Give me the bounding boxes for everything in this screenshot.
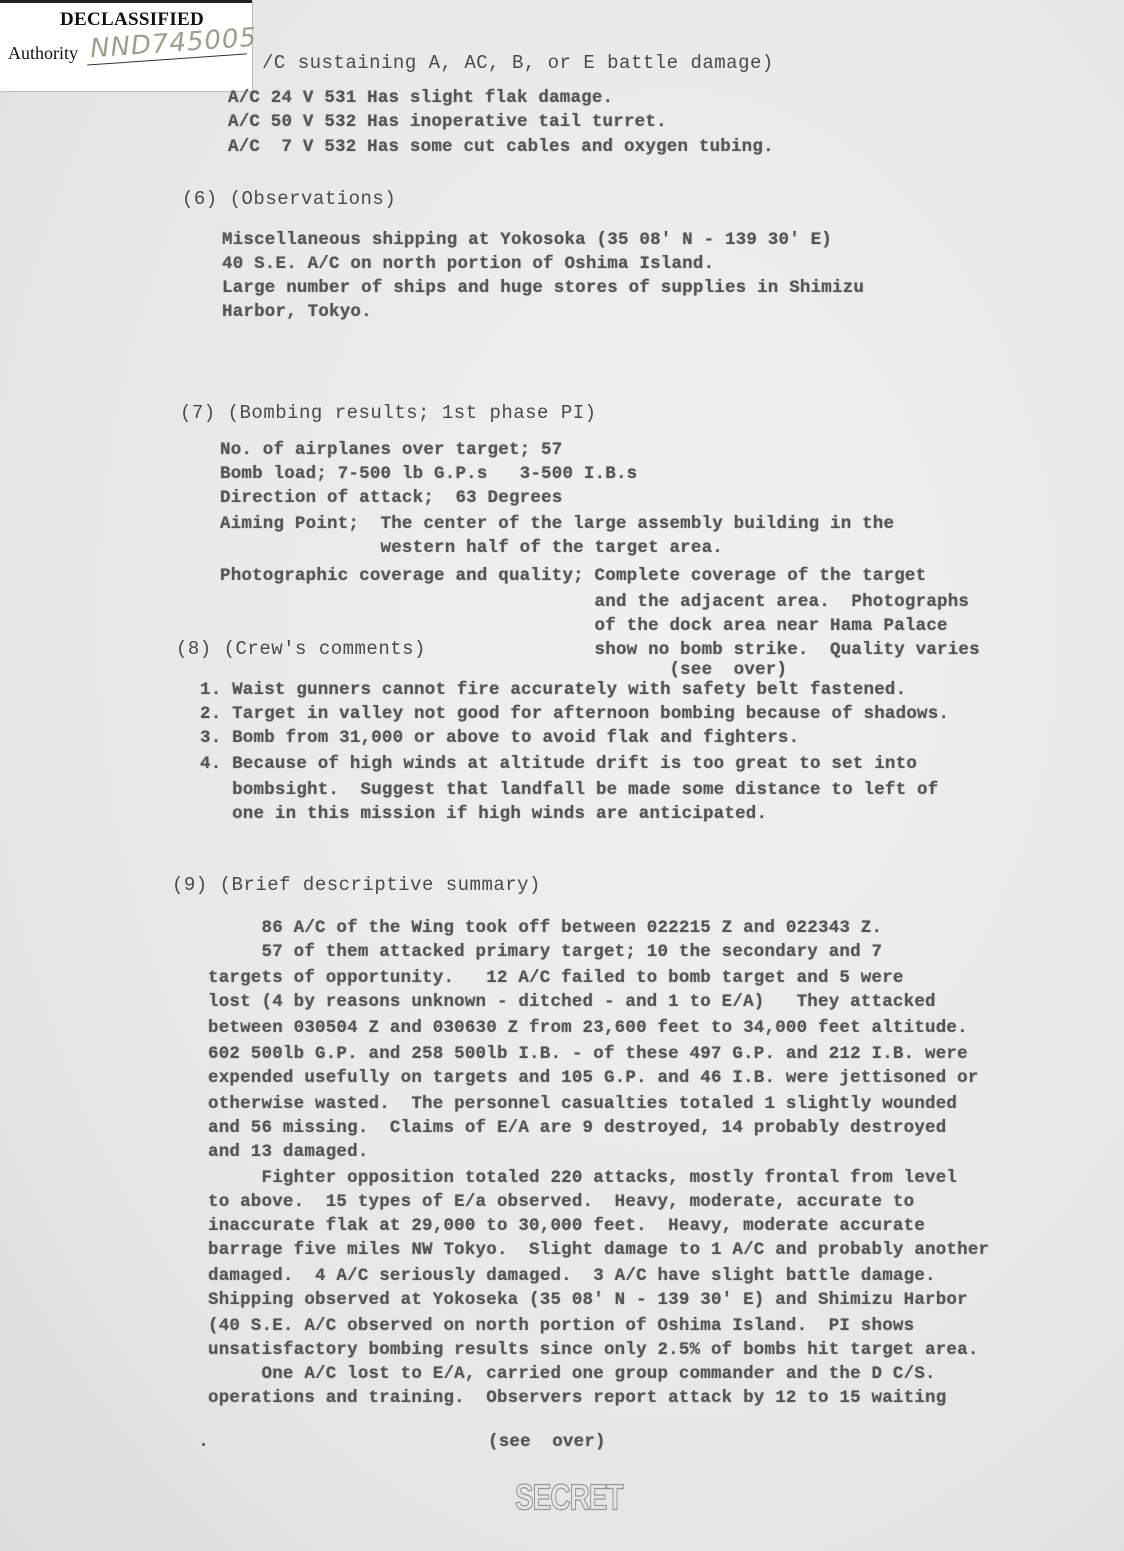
result-line: No. of airplanes over target; 57	[220, 440, 562, 460]
result-line: Photographic coverage and quality; Compl…	[220, 566, 926, 586]
comment-line: 3. Bomb from 31,000 or above to avoid fl…	[200, 728, 799, 748]
summary-line: to above. 15 types of E/a observed. Heav…	[208, 1192, 914, 1212]
summary-line: lost (4 by reasons unknown - ditched - a…	[208, 992, 936, 1012]
summary-line: between 030504 Z and 030630 Z from 23,60…	[208, 1018, 968, 1038]
summary-line: and 13 damaged.	[208, 1142, 369, 1162]
result-line: of the dock area near Hama Palace	[220, 616, 948, 636]
result-line: Bomb load; 7-500 lb G.P.s 3-500 I.B.s	[220, 464, 637, 484]
result-line: western half of the target area.	[220, 538, 723, 558]
summary-line: unsatisfactory bombing results since onl…	[208, 1340, 979, 1360]
summary-line: and 56 missing. Claims of E/A are 9 dest…	[208, 1118, 946, 1138]
summary-line: Fighter opposition totaled 220 attacks, …	[208, 1168, 957, 1188]
observation-line: 40 S.E. A/C on north portion of Oshima I…	[222, 254, 714, 274]
authority-label: Authority	[8, 43, 78, 64]
section-heading: (7) (Bombing results; 1st phase PI)	[180, 402, 597, 424]
declassified-stamp: DECLASSIFIED Authority NND745005	[0, 0, 252, 91]
classification-stamp: SECRET	[515, 1477, 623, 1519]
damage-item: A/C 50 V 532 Has inoperative tail turret…	[228, 112, 667, 132]
summary-line: inaccurate flak at 29,000 to 30,000 feet…	[208, 1216, 925, 1236]
summary-line: barrage five miles NW Tokyo. Slight dama…	[208, 1240, 989, 1260]
observation-line: Harbor, Tokyo.	[222, 302, 372, 322]
summary-line: damaged. 4 A/C seriously damaged. 3 A/C …	[208, 1266, 936, 1286]
comment-line: 2. Target in valley not good for afterno…	[200, 704, 949, 724]
summary-line: operations and training. Observers repor…	[208, 1388, 946, 1408]
comment-line: 1. Waist gunners cannot fire accurately …	[200, 680, 906, 700]
section-heading: /C sustaining A, AC, B, or E battle dama…	[262, 52, 774, 74]
comment-line: one in this mission if high winds are an…	[200, 804, 767, 824]
comment-line: bombsight. Suggest that landfall be made…	[200, 780, 938, 800]
section-heading: (9) (Brief descriptive summary)	[172, 874, 541, 896]
summary-line: targets of opportunity. 12 A/C failed to…	[208, 968, 904, 988]
summary-line: expended usefully on targets and 105 G.P…	[208, 1068, 979, 1088]
comment-line: 4. Because of high winds at altitude dri…	[200, 754, 917, 774]
observation-line: Miscellaneous shipping at Yokosoka (35 0…	[222, 230, 832, 250]
section-heading: (6) (Observations)	[182, 188, 396, 210]
paper-speck	[202, 1443, 205, 1446]
result-line: Direction of attack; 63 Degrees	[220, 488, 562, 508]
section-heading: (8) (Crew's comments)	[176, 638, 426, 660]
damage-item: A/C 24 V 531 Has slight flak damage.	[228, 88, 613, 108]
observation-line: Large number of ships and huge stores of…	[222, 278, 864, 298]
summary-line: Shipping observed at Yokoseka (35 08' N …	[208, 1290, 968, 1310]
result-line: and the adjacent area. Photographs	[220, 592, 969, 612]
summary-line: 602 500lb G.P. and 258 500lb I.B. - of t…	[208, 1044, 968, 1064]
damage-item: A/C 7 V 532 Has some cut cables and oxyg…	[228, 137, 774, 157]
result-line: Aiming Point; The center of the large as…	[220, 514, 894, 534]
summary-line: (40 S.E. A/C observed on north portion o…	[208, 1316, 914, 1336]
see-over-footer: (see over)	[488, 1432, 606, 1452]
see-over-note: (see over)	[220, 660, 787, 680]
summary-line: 57 of them attacked primary target; 10 t…	[208, 942, 882, 962]
summary-line: otherwise wasted. The personnel casualti…	[208, 1094, 957, 1114]
summary-line: One A/C lost to E/A, carried one group c…	[208, 1364, 936, 1384]
summary-line: 86 A/C of the Wing took off between 0222…	[208, 918, 882, 938]
